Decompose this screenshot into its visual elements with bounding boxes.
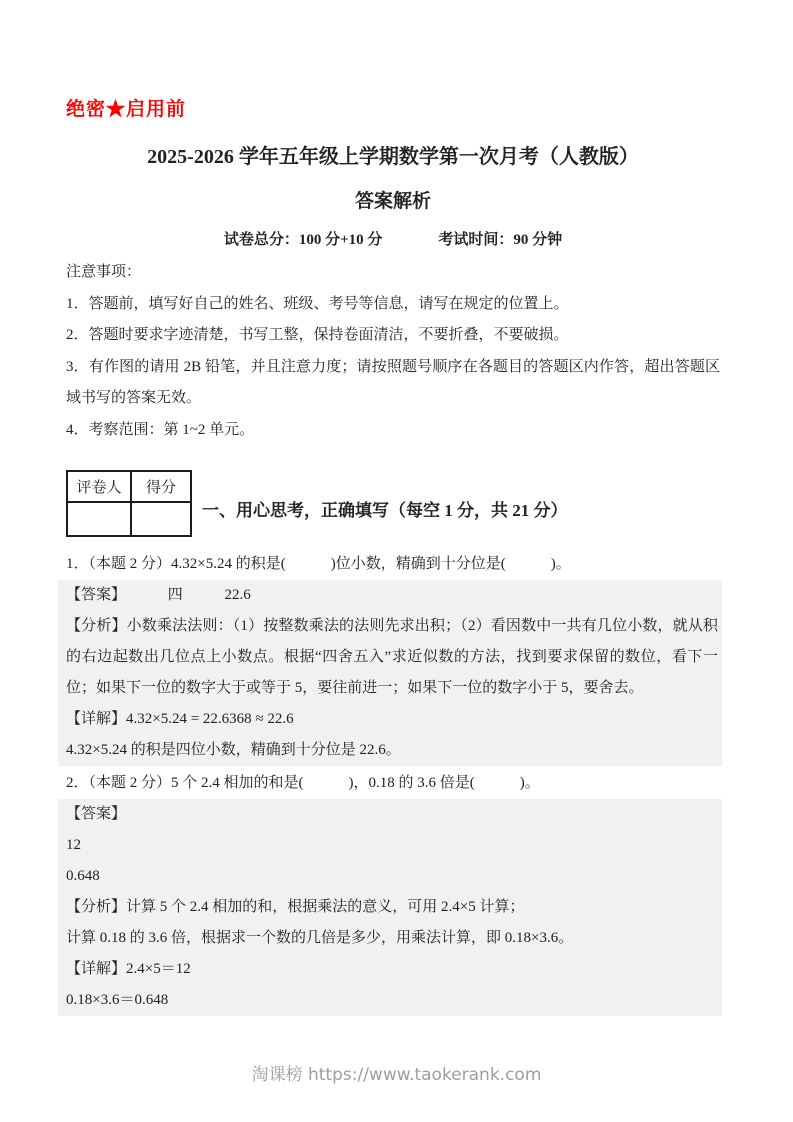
exam-duration: 考试时间：90 分钟 <box>438 230 562 251</box>
page-footer: 淘课榜 https://www.taokerank.com <box>0 1063 793 1087</box>
answer-line: 【答案】 四 22.6 <box>66 580 718 611</box>
grader-col-header: 评卷人 <box>67 471 131 502</box>
score-col-header: 得分 <box>131 471 191 502</box>
question-2-answer-block: 【答案】 12 0.648 【分析】计算 5 个 2.4 相加的和，根据乘法的意… <box>58 799 722 1016</box>
grader-section: 评卷人 得分 一、用心思考，正确填写（每空 1 分，共 21 分） <box>66 470 720 537</box>
exam-title: 2025-2026 学年五年级上学期数学第一次月考（人教版） <box>66 143 720 171</box>
answer-label: 【答案】 <box>66 587 126 603</box>
exam-document-page: 绝密★启用前 2025-2026 学年五年级上学期数学第一次月考（人教版） 答案… <box>0 96 793 1016</box>
detail-text: 【详解】4.32×5.24 = 22.6368 ≈ 22.6 <box>66 704 718 735</box>
score-empty-cell <box>131 502 191 536</box>
notices-section: 注意事项： 1．答题前，填写好自己的姓名、班级、考号等信息，请写在规定的位置上。… <box>66 257 720 446</box>
notice-item: 1．答题前，填写好自己的姓名、班级、考号等信息，请写在规定的位置上。 <box>66 289 720 321</box>
footer-site-link[interactable]: 淘课榜 https://www.taokerank.com <box>252 1065 542 1085</box>
exam-info-row: 试卷总分：100 分+10 分 考试时间：90 分钟 <box>66 230 720 251</box>
confidential-label: 绝密★启用前 <box>66 96 720 123</box>
detail-text: 0.18×3.6＝0.648 <box>66 985 718 1016</box>
question-2-text: 2．（本题 2 分）5 个 2.4 相加的和是( )，0.18 的 3.6 倍是… <box>66 768 720 799</box>
answer-key-subtitle: 答案解析 <box>66 188 720 215</box>
conclusion-text: 4.32×5.24 的积是四位小数，精确到十分位是 22.6。 <box>66 735 718 766</box>
notice-item: 4．考察范围：第 1~2 单元。 <box>66 415 720 447</box>
grader-empty-cell <box>67 502 131 536</box>
analysis-text: 计算 0.18 的 3.6 倍，根据求一个数的几倍是多少，用乘法计算，即 0.1… <box>66 923 718 954</box>
question-1-text: 1．（本题 2 分）4.32×5.24 的积是( )位小数，精确到十分位是( )… <box>66 549 720 580</box>
notices-heading: 注意事项： <box>66 257 720 289</box>
section-1-heading: 一、用心思考，正确填写（每空 1 分，共 21 分） <box>202 499 568 523</box>
analysis-text: 【分析】计算 5 个 2.4 相加的和，根据乘法的意义，可用 2.4×5 计算； <box>66 892 718 923</box>
detail-text: 【详解】2.4×5＝12 <box>66 954 718 985</box>
answer-value: 0.648 <box>66 861 718 892</box>
notice-item: 2．答题时要求字迹清楚，书写工整，保持卷面清洁，不要折叠，不要破损。 <box>66 320 720 352</box>
answer-label: 【答案】 <box>66 799 718 830</box>
notice-item: 3．有作图的请用 2B 铅笔，并且注意力度；请按照题号顺序在各题目的答题区内作答… <box>66 352 720 415</box>
answer-value: 四 <box>168 587 183 603</box>
analysis-text: 【分析】小数乘法法则：（1）按整数乘法的法则先求出积；（2）看因数中一共有几位小… <box>66 611 718 704</box>
answer-value: 12 <box>66 830 718 861</box>
grader-table: 评卷人 得分 <box>66 470 192 537</box>
question-1-answer-block: 【答案】 四 22.6 【分析】小数乘法法则：（1）按整数乘法的法则先求出积；（… <box>58 580 722 766</box>
exam-total-score: 试卷总分：100 分+10 分 <box>224 230 383 251</box>
answer-value: 22.6 <box>225 587 251 603</box>
